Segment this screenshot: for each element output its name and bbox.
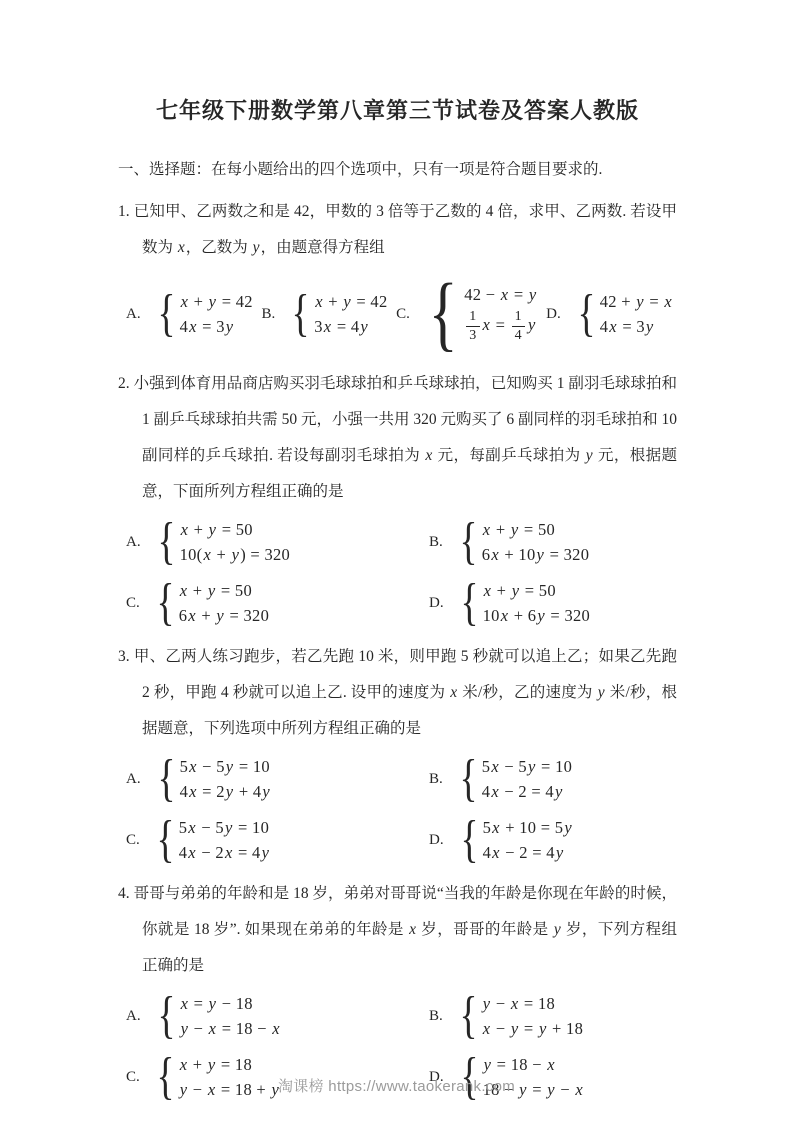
question: 3.甲、乙两人练习跑步，若乙先跑 10 米，则甲跑 5 秒就可以追上乙；如果乙先… bbox=[118, 639, 677, 866]
equation-system: { y − x = 18x − y = y + 18 bbox=[456, 990, 583, 1042]
question-number: 4. bbox=[118, 885, 130, 902]
left-brace-icon: { bbox=[459, 990, 477, 1042]
option: B. { x + y = 506x + 10y = 320 bbox=[429, 516, 677, 568]
question-number: 2. bbox=[118, 375, 130, 392]
option: B. { y − x = 18x − y = y + 18 bbox=[429, 990, 677, 1042]
option-label: A. bbox=[126, 534, 141, 551]
equation-lines: 42 + y = x4x = 3y bbox=[600, 289, 673, 339]
question-body: 已知甲、乙两数之和是 42，甲数的 3 倍等于乙数的 4 倍，求甲、乙两数. 若… bbox=[134, 203, 677, 256]
equation: 6x + y = 320 bbox=[179, 603, 269, 628]
equation-lines: y − x = 18x − y = y + 18 bbox=[482, 991, 583, 1041]
equation-lines: x + y = 506x + y = 320 bbox=[179, 578, 269, 628]
equation: x + y = 50 bbox=[483, 578, 590, 603]
equation-lines: 5x − 5y = 104x − 2 = 4y bbox=[482, 754, 572, 804]
equation-lines: x = y − 18y − x = 18 − x bbox=[180, 991, 281, 1041]
equation: y − x = 18 − x bbox=[180, 1016, 281, 1041]
question-options: A. { 5x − 5y = 104x = 2y + 4y B. { 5x − … bbox=[126, 753, 677, 866]
equation-system: { x + y = 506x + y = 320 bbox=[153, 577, 269, 629]
option-label: C. bbox=[126, 832, 140, 849]
option-label: C. bbox=[126, 595, 140, 612]
option: A. { x + y = 5010(x + y) = 320 bbox=[126, 516, 429, 568]
question-text: 2.小强到体育用品商店购买羽毛球球拍和乒乓球球拍，已知购买 1 副羽毛球球拍和 … bbox=[118, 366, 677, 510]
footer-text: 淘课榜 https://www.taokerank.com bbox=[278, 1078, 515, 1095]
equation: 4x − 2 = 4y bbox=[483, 840, 573, 865]
equation: 3x = 4y bbox=[314, 314, 387, 339]
question: 2.小强到体育用品商店购买羽毛球球拍和乒乓球球拍，已知购买 1 副羽毛球球拍和 … bbox=[118, 366, 677, 629]
equation: x + y = 18 bbox=[179, 1052, 280, 1077]
equation-lines: 5x + 10 = 5y4x − 2 = 4y bbox=[483, 815, 573, 865]
question-options: A. { x + y = 5010(x + y) = 320 B. { x + … bbox=[126, 516, 677, 629]
option: A. { x + y = 424x = 3y bbox=[126, 288, 253, 340]
equation: x + y = 50 bbox=[180, 517, 291, 542]
question-text: 3.甲、乙两人练习跑步，若乙先跑 10 米，则甲跑 5 秒就可以追上乙；如果乙先… bbox=[118, 639, 677, 747]
equation: 6x + 10y = 320 bbox=[482, 542, 589, 567]
equation-lines: 5x − 5y = 104x = 2y + 4y bbox=[180, 754, 271, 804]
option-label: C. bbox=[396, 306, 410, 323]
left-brace-icon: { bbox=[156, 814, 174, 866]
equation-lines: x + y = 5010x + 6y = 320 bbox=[483, 578, 590, 628]
option: D. { 5x + 10 = 5y4x − 2 = 4y bbox=[429, 814, 677, 866]
equation: y − x = 18 bbox=[482, 991, 583, 1016]
option-label: D. bbox=[429, 595, 444, 612]
equation-lines: x + y = 424x = 3y bbox=[180, 289, 253, 339]
option: C. { 42 − x = y13x = 14y bbox=[396, 272, 537, 356]
option-label: B. bbox=[429, 1008, 443, 1025]
section-heading: 一、选择题：在每小题给出的四个选项中，只有一项是符合题目要求的. bbox=[118, 160, 677, 180]
document-page: 七年级下册数学第八章第三节试卷及答案人教版 一、选择题：在每小题给出的四个选项中… bbox=[0, 0, 793, 1122]
option-label: A. bbox=[126, 306, 141, 323]
equation-system: { 42 − x = y13x = 14y bbox=[423, 272, 538, 356]
equation-lines: 42 − x = y13x = 14y bbox=[464, 282, 537, 346]
page-title: 七年级下册数学第八章第三节试卷及答案人教版 bbox=[118, 96, 677, 126]
question: 4.哥哥与弟弟的年龄和是 18 岁，弟弟对哥哥说“当我的年龄是你现在年龄的时候，… bbox=[118, 876, 677, 1103]
equation: 4x = 3y bbox=[600, 314, 673, 339]
left-brace-icon: { bbox=[459, 753, 477, 805]
equation: 42 + y = x bbox=[600, 289, 673, 314]
equation: x + y = 42 bbox=[314, 289, 387, 314]
option: D. { 42 + y = x4x = 3y bbox=[546, 288, 673, 340]
left-brace-icon: { bbox=[157, 990, 175, 1042]
equation-lines: x + y = 506x + 10y = 320 bbox=[482, 517, 589, 567]
equation: x + y = 50 bbox=[179, 578, 269, 603]
fraction: 13 bbox=[466, 309, 479, 344]
equation-lines: 5x − 5y = 104x − 2x = 4y bbox=[179, 815, 270, 865]
questions-container: 1.已知甲、乙两数之和是 42，甲数的 3 倍等于乙数的 4 倍，求甲、乙两数.… bbox=[118, 194, 677, 1103]
left-brace-icon: { bbox=[156, 577, 174, 629]
option-label: A. bbox=[126, 771, 141, 788]
left-brace-icon: { bbox=[459, 516, 477, 568]
equation-system: { 5x − 5y = 104x − 2 = 4y bbox=[456, 753, 572, 805]
equation-system: { x = y − 18y − x = 18 − x bbox=[154, 990, 281, 1042]
question-text: 4.哥哥与弟弟的年龄和是 18 岁，弟弟对哥哥说“当我的年龄是你现在年龄的时候，… bbox=[118, 876, 677, 984]
equation-lines: x + y = 5010(x + y) = 320 bbox=[180, 517, 291, 567]
equation: 4x = 2y + 4y bbox=[180, 779, 271, 804]
equation: 5x − 5y = 10 bbox=[179, 815, 270, 840]
equation: x − y = y + 18 bbox=[482, 1016, 583, 1041]
equation: 4x = 3y bbox=[180, 314, 253, 339]
equation-system: { 5x − 5y = 104x = 2y + 4y bbox=[154, 753, 271, 805]
option-label: A. bbox=[126, 1008, 141, 1025]
question-number: 3. bbox=[118, 648, 130, 665]
equation-system: { x + y = 506x + 10y = 320 bbox=[456, 516, 589, 568]
question-body: 小强到体育用品商店购买羽毛球球拍和乒乓球球拍，已知购买 1 副羽毛球球拍和 1 … bbox=[134, 375, 677, 500]
equation: 10x + 6y = 320 bbox=[483, 603, 590, 628]
footer-watermark: 淘课榜 https://www.taokerank.com bbox=[0, 1075, 793, 1096]
option-label: B. bbox=[429, 534, 443, 551]
equation: 5x + 10 = 5y bbox=[483, 815, 573, 840]
equation-system: { x + y = 5010(x + y) = 320 bbox=[154, 516, 291, 568]
question-text: 1.已知甲、乙两数之和是 42，甲数的 3 倍等于乙数的 4 倍，求甲、乙两数.… bbox=[118, 194, 677, 266]
question: 1.已知甲、乙两数之和是 42，甲数的 3 倍等于乙数的 4 倍，求甲、乙两数.… bbox=[118, 194, 677, 356]
option-label: D. bbox=[546, 306, 561, 323]
option-label: D. bbox=[429, 832, 444, 849]
equation: 5x − 5y = 10 bbox=[180, 754, 271, 779]
option: A. { x = y − 18y − x = 18 − x bbox=[126, 990, 429, 1042]
left-brace-icon: { bbox=[292, 288, 310, 340]
equation: x + y = 42 bbox=[180, 289, 253, 314]
option: A. { 5x − 5y = 104x = 2y + 4y bbox=[126, 753, 429, 805]
option-label: B. bbox=[429, 771, 443, 788]
equation-lines: x + y = 423x = 4y bbox=[314, 289, 387, 339]
left-brace-icon: { bbox=[157, 753, 175, 805]
option: D. { x + y = 5010x + 6y = 320 bbox=[429, 577, 677, 629]
equation-system: { x + y = 424x = 3y bbox=[154, 288, 253, 340]
question-number: 1. bbox=[118, 203, 130, 220]
equation-system: { 5x − 5y = 104x − 2x = 4y bbox=[153, 814, 270, 866]
question-body: 哥哥与弟弟的年龄和是 18 岁，弟弟对哥哥说“当我的年龄是你现在年龄的时候，你就… bbox=[134, 885, 677, 974]
equation: 13x = 14y bbox=[464, 307, 537, 346]
option: C. { 5x − 5y = 104x − 2x = 4y bbox=[126, 814, 429, 866]
left-brace-icon: { bbox=[460, 577, 478, 629]
equation: 4x − 2x = 4y bbox=[179, 840, 270, 865]
option-label: B. bbox=[261, 306, 275, 323]
equation-system: { x + y = 423x = 4y bbox=[288, 288, 387, 340]
equation-system: { 42 + y = x4x = 3y bbox=[574, 288, 673, 340]
equation: x + y = 50 bbox=[482, 517, 589, 542]
option: B. { x + y = 423x = 4y bbox=[261, 288, 387, 340]
question-body: 甲、乙两人练习跑步，若乙先跑 10 米，则甲跑 5 秒就可以追上乙；如果乙先跑 … bbox=[134, 648, 677, 737]
question-options: A. { x + y = 424x = 3y B. { x + y = 423x… bbox=[126, 272, 677, 356]
left-brace-icon: { bbox=[577, 288, 595, 340]
equation: y = 18 − x bbox=[483, 1052, 584, 1077]
equation: x = y − 18 bbox=[180, 991, 281, 1016]
option: C. { x + y = 506x + y = 320 bbox=[126, 577, 429, 629]
left-brace-icon: { bbox=[429, 272, 458, 356]
equation-system: { x + y = 5010x + 6y = 320 bbox=[457, 577, 590, 629]
equation: 42 − x = y bbox=[464, 282, 537, 307]
fraction: 14 bbox=[512, 309, 525, 344]
left-brace-icon: { bbox=[157, 288, 175, 340]
equation: 4x − 2 = 4y bbox=[482, 779, 572, 804]
left-brace-icon: { bbox=[157, 516, 175, 568]
equation-system: { 5x + 10 = 5y4x − 2 = 4y bbox=[457, 814, 573, 866]
option: B. { 5x − 5y = 104x − 2 = 4y bbox=[429, 753, 677, 805]
equation: 10(x + y) = 320 bbox=[180, 542, 291, 567]
left-brace-icon: { bbox=[460, 814, 478, 866]
equation: 5x − 5y = 10 bbox=[482, 754, 572, 779]
